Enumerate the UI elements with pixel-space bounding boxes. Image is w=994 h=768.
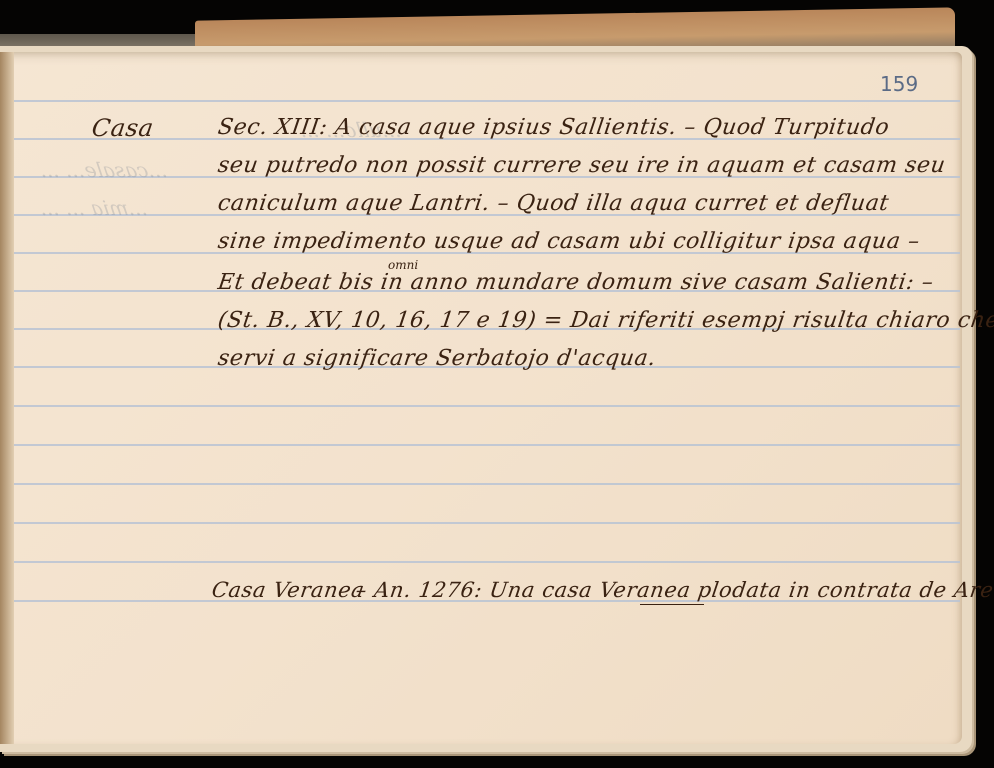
text-line: – An. 1276: Una casa Veranea plodata in …: [354, 578, 994, 602]
underline-plodata: [640, 604, 704, 605]
text-line: caniculum aque Lantri. – Quod illa aqua …: [216, 191, 890, 216]
text-line: seu putredo non possit currere seu ire i…: [216, 153, 947, 178]
text-line: Et debeat bis in anno mundare domum sive…: [216, 270, 935, 295]
text-line: Sec. XIII: A casa aque ipsius Sallientis…: [216, 115, 891, 140]
page-number: 159: [880, 72, 918, 96]
bleed-through-text: ...mia ... ...: [38, 196, 149, 220]
text-line: servi a significare Serbatojo d'acqua.: [216, 346, 657, 371]
entry-heading-casa-veranea: Casa Veranea: [210, 578, 366, 602]
binding-gutter: [0, 52, 14, 744]
bleed-through-text: ...casale... ...: [38, 158, 168, 182]
entry-heading-casa: Casa: [90, 114, 156, 142]
text-line: sine impedimento usque ad casam ubi coll…: [216, 229, 921, 254]
text-line: (St. B., XV, 10, 16, 17 e 19) = Dai rife…: [216, 308, 994, 333]
